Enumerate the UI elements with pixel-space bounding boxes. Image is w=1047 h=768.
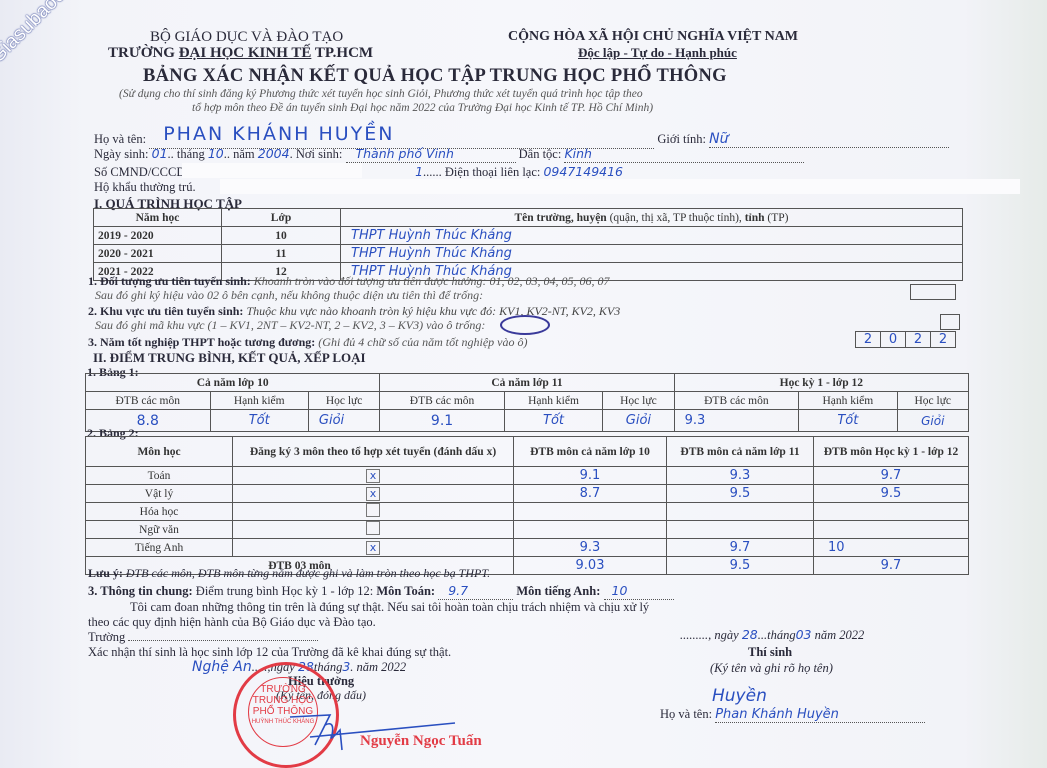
id-value-visible: 1 bbox=[415, 164, 423, 179]
student-name-value: PHAN KHÁNH HUYỀN bbox=[163, 123, 394, 145]
register-checkbox[interactable]: x bbox=[366, 541, 380, 555]
priority-item3: 3. Năm tốt nghiệp THPT hoặc tương đương:… bbox=[88, 335, 527, 350]
overall-results-table: Cả năm lớp 10 Cả năm lớp 11 Học kỳ 1 - l… bbox=[85, 373, 969, 432]
phone-value: 0947149416 bbox=[543, 164, 623, 179]
student-signature: Huyền bbox=[712, 686, 767, 706]
table-row: 8.8 Tốt Giỏi 9.1 Tốt Giỏi 9.3 Tốt Giỏi bbox=[86, 410, 969, 432]
register-checkbox[interactable] bbox=[366, 503, 380, 517]
student-title: Thí sinh bbox=[748, 645, 792, 660]
birthplace-value: Thành phố Vinh bbox=[356, 146, 454, 161]
math-score: 9.7 bbox=[448, 583, 468, 598]
residence-label: Hộ khẩu thường trú. bbox=[94, 180, 196, 195]
ministry-name: BỘ GIÁO DỤC VÀ ĐÀO TẠO bbox=[150, 29, 343, 46]
graduation-year-boxes: 2 0 2 2 bbox=[855, 331, 956, 348]
english-score: 10 bbox=[612, 583, 628, 598]
priority-code-boxes bbox=[910, 284, 956, 300]
general-info-line: 3. Thông tin chung: Điểm trung bình Học … bbox=[88, 583, 674, 600]
redacted-address bbox=[220, 179, 1020, 194]
dob-year: 2004 bbox=[258, 146, 290, 161]
dob-row: Ngày sinh: 01.. tháng 10.. năm 2004. Nơi… bbox=[94, 146, 804, 163]
pledge-line2: theo các quy định hiện hành của Bộ Giáo … bbox=[88, 615, 376, 630]
republic-name: CỘNG HÒA XÃ HỘI CHỦ NGHĨA VIỆT NAM bbox=[508, 29, 798, 45]
priority-item2-note: Sau đó ghi mã khu vực (1 – KV1, 2NT – KV… bbox=[95, 318, 485, 333]
table-row: 2020 - 2021 11 THPT Huỳnh Thúc Kháng bbox=[94, 245, 963, 263]
table-row: Ngữ văn bbox=[86, 521, 969, 539]
confirm-text: Xác nhận thí sinh là học sinh lớp 12 của… bbox=[88, 645, 451, 660]
subtitle-line1: (Sử dụng cho thí sinh đăng ký Phương thứ… bbox=[119, 88, 643, 100]
student-name-line: Họ và tên: Phan Khánh Huyền bbox=[660, 707, 925, 723]
school-field: Trường bbox=[88, 630, 318, 645]
gender-value: Nữ bbox=[709, 131, 728, 147]
ethnicity-value: Kinh bbox=[564, 146, 592, 161]
register-checkbox[interactable] bbox=[366, 521, 380, 535]
table-row: Hóa học bbox=[86, 503, 969, 521]
dob-month: 10 bbox=[208, 146, 224, 161]
kv2-circle-mark bbox=[500, 315, 550, 335]
student-date-line: ........., ngày 28...tháng03 năm 2022 bbox=[680, 627, 864, 643]
section2-title: II. ĐIỂM TRUNG BÌNH, KẾT QUẢ, XẾP LOẠI bbox=[93, 350, 366, 366]
priority-item1-note: Sau đó ghi ký hiệu vào 02 ô bên cạnh, nế… bbox=[95, 288, 483, 303]
table-row: Toán x 9.1 9.3 9.7 bbox=[86, 467, 969, 485]
school-header: TRƯỜNG ĐẠI HỌC KINH TẾ TP.HCM bbox=[108, 45, 373, 62]
table-row: Vật lý x 8.7 9.5 9.5 bbox=[86, 485, 969, 503]
subtitle-line2: tổ hợp môn theo Đề án tuyển sinh Đại học… bbox=[192, 102, 653, 114]
study-history-table: Năm học Lớp Tên trường, huyện (quận, thị… bbox=[93, 208, 963, 281]
register-checkbox[interactable]: x bbox=[366, 469, 380, 483]
note-line: Lưu ý: ĐTB các môn, ĐTB môn từng năm đượ… bbox=[88, 566, 490, 581]
region-code-box bbox=[940, 314, 960, 330]
national-motto: Độc lập - Tự do - Hạnh phúc bbox=[578, 45, 737, 61]
pledge-line1: Tôi cam đoan những thông tin trên là đún… bbox=[130, 600, 649, 615]
table-row: Tiếng Anh x 9.3 9.7 10 bbox=[86, 539, 969, 557]
document-title: BẢNG XÁC NHẬN KẾT QUẢ HỌC TẬP TRUNG HỌC … bbox=[143, 66, 727, 87]
priority-item1: 1. Đối tượng ưu tiên tuyển sinh: Khoanh … bbox=[88, 274, 609, 289]
redacted-id bbox=[182, 163, 362, 178]
table-row: 2019 - 2020 10 THPT Huỳnh Thúc Kháng bbox=[94, 227, 963, 245]
register-checkbox[interactable]: x bbox=[366, 487, 380, 501]
principal-name: Nguyễn Ngọc Tuấn bbox=[360, 733, 482, 750]
dob-day: 01 bbox=[152, 146, 168, 161]
student-note: (Ký tên và ghi rõ họ tên) bbox=[710, 661, 833, 676]
subject-scores-table: Môn học Đăng ký 3 môn theo tổ hợp xét tu… bbox=[85, 436, 969, 575]
